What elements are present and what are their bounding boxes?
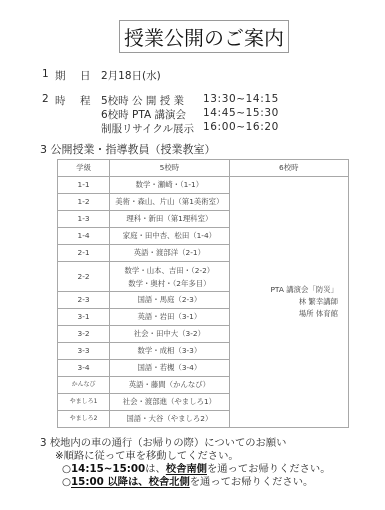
period5-cell: 社会・田中大（3-2）	[110, 326, 229, 343]
class-cell: 2-2	[58, 262, 110, 292]
period5-line: 数学・奥村・（2年多目）	[110, 277, 228, 290]
date-value: 2月18日(水)	[101, 68, 161, 83]
schedule-number: 2	[42, 93, 49, 105]
class-cell: やましろ2	[58, 411, 110, 428]
date-label: 期 日	[55, 68, 93, 83]
rule-mid: は、	[128, 476, 149, 488]
period6-merged-cell: PTA 講演会「防災」 林 繁幸講師 場所 体育館	[229, 177, 348, 428]
class-cell: 3-3	[58, 343, 110, 360]
table-header-row: 学級 5校時 6校時	[58, 160, 349, 177]
period5-cell: 英語・藤間（かんなび）	[110, 377, 229, 394]
column-header-period5: 5校時	[110, 160, 229, 177]
classes-table: 学級 5校時 6校時 1-1 数学・瀬崎・（1-1） PTA 講演会「防災」 林…	[57, 159, 349, 428]
period5-cell: 国語・馬庭（2-3）	[110, 292, 229, 309]
period5-cell: 理科・新田（第1理科室）	[110, 211, 229, 228]
period5-cell: 数学・瀬崎・（1-1）	[110, 177, 229, 194]
class-cell: 2-1	[58, 245, 110, 262]
period5-line: 数学・山本、吉田・（2-2）	[110, 264, 228, 277]
rule-tail: を通ってお帰りください。	[190, 476, 314, 488]
period6-lecturer: 林 繁幸講師	[230, 296, 338, 308]
schedule-item-name: 5校時 公 開 授 業	[101, 93, 184, 108]
column-header-class: 学級	[58, 160, 110, 177]
period5-cell: 国語・若槻（3-4）	[110, 360, 229, 377]
period5-cell: 数学・山本、吉田・（2-2） 数学・奥村・（2年多目）	[110, 262, 229, 292]
table-row: 1-1 数学・瀬崎・（1-1） PTA 講演会「防災」 林 繁幸講師 場所 体育…	[58, 177, 349, 194]
schedule-item-name: 6校時 PTA 講演会	[101, 107, 186, 122]
schedule-label: 時 程	[55, 93, 93, 108]
rule-time: 15:00 以降	[71, 476, 128, 488]
class-cell: 1-3	[58, 211, 110, 228]
class-cell: かんなび	[58, 377, 110, 394]
date-number: 1	[42, 68, 49, 80]
schedule-item-time: 13:30~14:15	[203, 93, 279, 105]
period5-cell: 数学・成相（3-3）	[110, 343, 229, 360]
period5-cell: 社会・渡部進（やましろ1）	[110, 394, 229, 411]
schedule-item-time: 14:45~15:30	[203, 107, 279, 119]
class-cell: 1-4	[58, 228, 110, 245]
schedule-item-time: 16:00~16:20	[203, 121, 279, 133]
class-cell: 2-3	[58, 292, 110, 309]
schedule-item-name: 制服リサイクル展示	[101, 121, 194, 136]
page-title: 授業公開のご案内	[119, 20, 289, 53]
period5-cell: 英語・岩田（3-1）	[110, 309, 229, 326]
class-cell: 3-1	[58, 309, 110, 326]
classes-heading: 3 公開授業・指導教員（授業教室）	[40, 141, 216, 157]
period5-cell: 国語・大谷（やましろ2）	[110, 411, 229, 428]
class-cell: 3-4	[58, 360, 110, 377]
traffic-rule-north: ○15:00 以降は、校舎北側を通ってお帰りください。	[62, 473, 313, 488]
class-cell: 3-2	[58, 326, 110, 343]
class-cell: やましろ1	[58, 394, 110, 411]
circle-bullet-icon: ○	[62, 476, 71, 488]
period5-cell: 美術・森山、片山（第1美術室）	[110, 194, 229, 211]
class-cell: 1-2	[58, 194, 110, 211]
column-header-period6: 6校時	[229, 160, 348, 177]
period6-event: PTA 講演会「防災」	[230, 284, 338, 296]
rule-place: 校舎北側	[149, 476, 190, 488]
period5-cell: 家庭・田中杏、松田（1-4）	[110, 228, 229, 245]
period6-location: 場所 体育館	[230, 308, 338, 320]
class-cell: 1-1	[58, 177, 110, 194]
period5-cell: 英語・渡部洋（2-1）	[110, 245, 229, 262]
